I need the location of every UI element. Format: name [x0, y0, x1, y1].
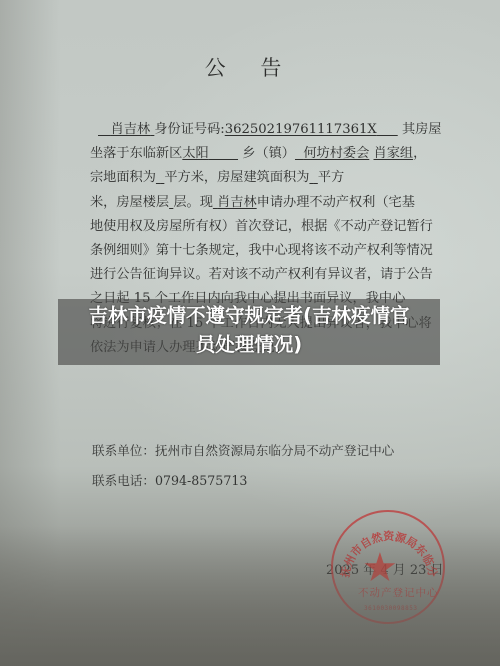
body-text: 层。现	[173, 195, 213, 210]
body-line-1: 肖吉林 身份证号码:36250219761117361X 其房屋	[92, 118, 440, 142]
body-text: 平方米，房屋建筑面积为	[164, 170, 309, 185]
contact-unit-line: 联系单位：抚州市自然资源局东临分局不动产登记中心	[92, 440, 394, 459]
id-underline-pad	[377, 122, 398, 137]
body-text: 申请办理不动产权利（宅基	[257, 195, 415, 210]
township: 太阳	[182, 146, 238, 161]
body-text: ，	[413, 146, 426, 161]
body-line-4: 米，房屋楼层 层。现 肖吉林申请办理不动产权利（宅基	[90, 191, 440, 215]
applicant-name-2: 肖吉林	[213, 195, 257, 210]
notice-title: 公 告	[0, 52, 500, 82]
contact-phone-label: 联系电话：	[92, 473, 155, 488]
id-label: 身份证号码:	[154, 122, 224, 137]
body-line-5: 地使用权及房屋所有权）首次登记，根据《不动产登记暂行	[90, 215, 440, 239]
group: 肖家组	[374, 146, 414, 161]
caption-line-1: 吉林市疫情不遵守规定者(吉林疫情官	[58, 301, 440, 330]
caption-text: 吉林市疫情不遵守规定者(吉林疫情官 员处理情况)	[58, 301, 440, 359]
caption-line-2: 员处理情况)	[58, 330, 440, 359]
contact-unit-label: 联系单位：	[92, 443, 155, 458]
body-text: 平方	[318, 170, 344, 185]
body-text: 米，房屋楼层	[90, 195, 169, 210]
applicant-name: 肖吉林	[98, 122, 154, 137]
village: 何坊村委会	[295, 146, 369, 161]
body-line-2: 坐落于东临新区太阳 乡（镇） 何坊村委会 肖家组，	[90, 142, 440, 166]
body-line-3: 宗地面积为 平方米，房屋建筑面积为 平方	[90, 166, 440, 190]
body-text: 宗地面积为	[90, 170, 156, 185]
contact-phone: 0794-8575713	[155, 473, 247, 488]
body-line-6: 条例细则》第十七条规定，我中心现将该不动产权利等情况	[90, 239, 440, 263]
body-line-7: 进行公告征询异议。若对该不动产权利有异议者，请于公告	[90, 263, 440, 287]
contact-unit: 抚州市自然资源局东临分局不动产登记中心	[155, 443, 394, 458]
body-text: 乡（镇）	[242, 146, 295, 161]
building-area	[309, 170, 317, 185]
body-text: 坐落于东临新区	[90, 146, 182, 161]
id-number: 36250219761117361X	[225, 122, 377, 137]
photo-shadow-bottom	[0, 526, 500, 666]
contact-phone-line: 联系电话：0794-8575713	[92, 470, 247, 489]
body-text: 其房屋	[402, 122, 442, 137]
